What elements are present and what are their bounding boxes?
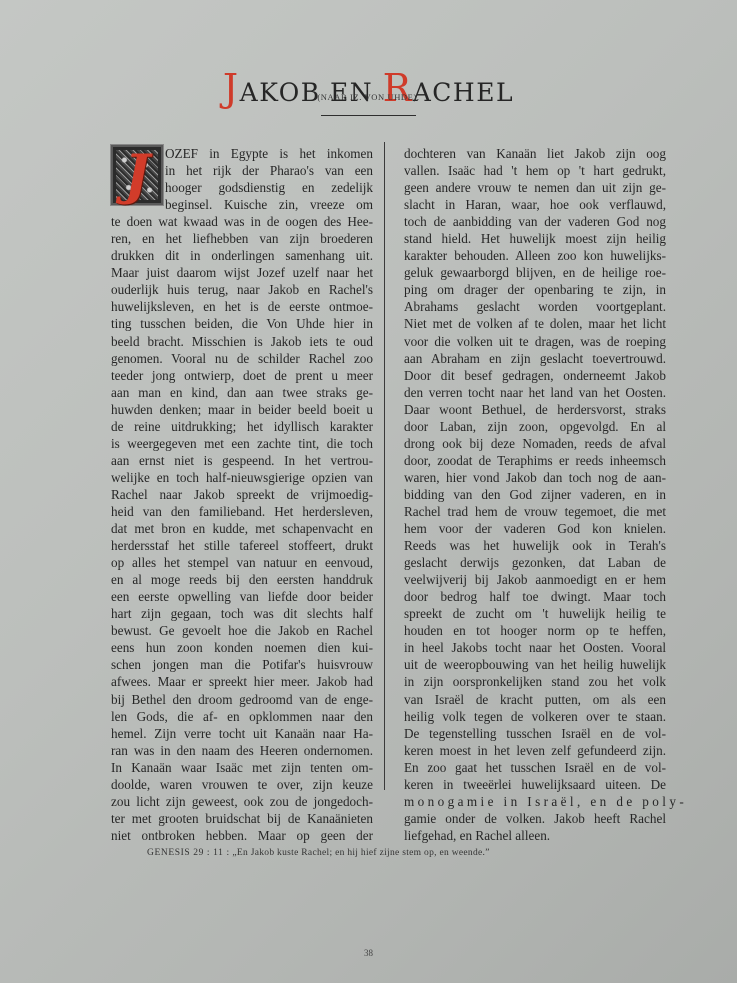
text-line: ping om drager der openbaring te zijn, i… — [404, 281, 666, 298]
text-line: karakter behouden. Alleen zoo kon huweli… — [404, 247, 666, 264]
text-line: OZEF in Egypte is het inkomen — [111, 145, 373, 162]
text-line: drukken dit in onderlingen samenhang uit… — [111, 247, 373, 264]
text-line: dochteren van Kanaän liet Jakob zijn oog — [404, 145, 666, 162]
text-line: de reine uitdrukking; het idyllisch kara… — [111, 418, 373, 435]
text-line: hem voor der vaderen God kon knielen. — [404, 520, 666, 537]
text-line: Reeds was het huwelijk ook in Terah's — [404, 537, 666, 554]
text-line: ting tusschen beiden, die Von Uhde hier … — [111, 315, 373, 332]
text-line: ouderlijk huis terug, naar Jakob en Rach… — [111, 281, 373, 298]
right-text-column: dochteren van Kanaän liet Jakob zijn oog… — [404, 145, 666, 844]
text-line: bidding van den God zijner vaderen, en i… — [404, 486, 666, 503]
text-line: huwden denken; maar in beider beeld boei… — [111, 401, 373, 418]
text-line: Daar woont Bethuel, de herdersvorst, str… — [404, 401, 666, 418]
text-line: gamie onder de volken. Jakob heeft Rache… — [404, 810, 666, 827]
page-subtitle: (NAAR IZ. VON UHDE). — [0, 92, 737, 102]
text-line: bij Bethel den droom gedroomd van de eng… — [111, 691, 373, 708]
text-line: keren moest in het leven zelf gefundeerd… — [404, 742, 666, 759]
text-line: beeld bracht. Misschien is Jakob iets te… — [111, 333, 373, 350]
text-line: in heel Jakobs tocht naar het Oosten. Vo… — [404, 639, 666, 656]
text-line: in het rijk der Pharao's van een — [111, 162, 373, 179]
text-line: liefgehad, en Rachel alleen. — [404, 827, 666, 844]
text-line: huwelijksleven, en het is de eerste ontm… — [111, 298, 373, 315]
text-line: slacht in Haran, waar, hoe ook verflauwd… — [404, 196, 666, 213]
text-line: te doen wat kwaad was in de oogen des He… — [111, 213, 373, 230]
text-line: uit de weeropbouwing van het heilig huwe… — [404, 656, 666, 673]
text-line: eens hun zoon konden noemen dien kui- — [111, 639, 373, 656]
text-line: is weergegeven met een zachte tint, die … — [111, 435, 373, 452]
text-line: hemel. Zijn verre tocht uit Kanaän naar … — [111, 725, 373, 742]
text-line: den verren tocht naar het land van het O… — [404, 384, 666, 401]
text-line: afwees. Maar er spreekt hier meer. Jakob… — [111, 673, 373, 690]
title-initial-r: R — [383, 66, 413, 110]
text-line: En zoo gaat het tusschen Israël en de vo… — [404, 759, 666, 776]
text-line: genomen. Vooral nu de schilder Rachel zo… — [111, 350, 373, 367]
text-line: door, zoodat de Teraphims er reeds inhee… — [404, 452, 666, 469]
text-line: geslacht derwijs gezonken, dat Laban de — [404, 554, 666, 571]
text-line: De tegenstelling tusschen Israël en de v… — [404, 725, 666, 742]
text-line: len Gods, die af- en opklommen naar den — [111, 708, 373, 725]
text-line: teeder jong ontwierp, doet de prent u me… — [111, 367, 373, 384]
text-line: Abrahams geslacht worden voortgeplant. — [404, 298, 666, 315]
text-line: In Kanaän waar Isaäc met zijn tenten om- — [111, 759, 373, 776]
text-line: door bedrog half toe dwingt. Maar toch — [404, 588, 666, 605]
text-line: hooger godsdienstig en zedelijk — [111, 179, 373, 196]
text-line: ter met grooten bruidschat bij de Kanaän… — [111, 810, 373, 827]
column-divider — [384, 142, 385, 790]
text-line: welijke en toch half-nieuwsgierige opzie… — [111, 469, 373, 486]
text-line: aan man en kind, dan aan twee straks ge- — [111, 384, 373, 401]
text-line: schen jongen man die Potifar's huisvrouw — [111, 656, 373, 673]
left-text-column: OZEF in Egypte is het inkomen in het rij… — [111, 145, 373, 844]
text-line: door Laban, zijn zoon, opgevolgd. En al — [404, 418, 666, 435]
text-line: aan ernst niet is gespeend. In het vertr… — [111, 452, 373, 469]
text-line: heid van den familieband. Het herderslev… — [111, 503, 373, 520]
text-line: en al moge reeds bij den eersten handdru… — [111, 571, 373, 588]
text-line: geluk gewaarborgd blijven, en de heilige… — [404, 264, 666, 281]
text-line: vallen. Isaäc had 't hem op 't hart gedr… — [404, 162, 666, 179]
scripture-reference: GENESIS 29 : 11 : — [147, 848, 230, 858]
text-line: houden en tot hooger norm op te heffen, — [404, 622, 666, 639]
text-line: aan Abraham en zijn geslacht toevertrouw… — [404, 350, 666, 367]
text-line: keren in tweeërlei huwelijksaard uiteen.… — [404, 776, 666, 793]
page-number: 38 — [0, 948, 737, 958]
text-line: dat met bron en kudde, met schapenvacht … — [111, 520, 373, 537]
title-initial-j: J — [223, 66, 240, 110]
text-line: op alles het stempel van natuur en eenvo… — [111, 554, 373, 571]
text-line: voor die volken uit te dragen, was de ro… — [404, 333, 666, 350]
text-line: hart zijn gegaan, toch was dit slechts h… — [111, 605, 373, 622]
text-line: een eerste opwelling van liefde door bei… — [111, 588, 373, 605]
text-line: herdersstaf het stille tafereel stoffeer… — [111, 537, 373, 554]
text-line: stand hield. Het huwelijk moest zijn hei… — [404, 230, 666, 247]
text-line: toch de aanbidding van der vaderen God n… — [404, 213, 666, 230]
text-line: zou licht zijn geweest, ook zou de jonge… — [111, 793, 373, 810]
title-rule-divider — [321, 115, 416, 116]
text-line: in zijn oorspronkelijken stand zou het v… — [404, 673, 666, 690]
scripture-quote: „En Jakob kuste Rachel; en hij hief zijn… — [232, 848, 489, 858]
text-line: doolde, waren vrouwen te over, zijn keuz… — [111, 776, 373, 793]
text-line: heilig volk tegen de volkeren over te st… — [404, 708, 666, 725]
text-line: beginsel. Kuische zin, vreeze om — [111, 196, 373, 213]
text-line: Rachel naar Jakob spreekt de vrijmoedig- — [111, 486, 373, 503]
page-title: JAKOB EN RACHEL — [0, 66, 737, 110]
text-line: Niet met de volken af te dolen, maar het… — [404, 315, 666, 332]
text-line: geen andere vrouw te nemen dan uit zijn … — [404, 179, 666, 196]
text-line: spreekt de zucht om 't huwelijk heilig t… — [404, 605, 666, 622]
text-line: ren, en het liefhebben van zijn broedere… — [111, 230, 373, 247]
text-line: Maar juist daarom wijst Jozef uzelf naar… — [111, 264, 373, 281]
text-line: Door dit besef gedragen, onderneemt Jako… — [404, 367, 666, 384]
book-page: JAKOB EN RACHEL (NAAR IZ. VON UHDE). J O… — [0, 0, 737, 983]
text-line: ran was in den naam des Heeren ondernome… — [111, 742, 373, 759]
text-line: veelwijverij bij Jakob aanmoedigt en er … — [404, 571, 666, 588]
text-line: waren, hier vond Jakob dan toch nog de a… — [404, 469, 666, 486]
text-line: Rachel trad hem de vrouw tegemoet, die m… — [404, 503, 666, 520]
scripture-footnote: GENESIS 29 : 11 : „En Jakob kuste Rachel… — [147, 848, 490, 858]
text-line: drong ook bij deze Nomaden, reeds de afv… — [404, 435, 666, 452]
text-line: niet ontbroken hebben. Maar op geen der — [111, 827, 373, 844]
text-line: monogamie in Israël, en de poly- — [404, 793, 666, 810]
text-line: bewust. Ge gevoelt hoe die Jakob en Rach… — [111, 622, 373, 639]
text-line: van Israël de kracht putten, om als een — [404, 691, 666, 708]
